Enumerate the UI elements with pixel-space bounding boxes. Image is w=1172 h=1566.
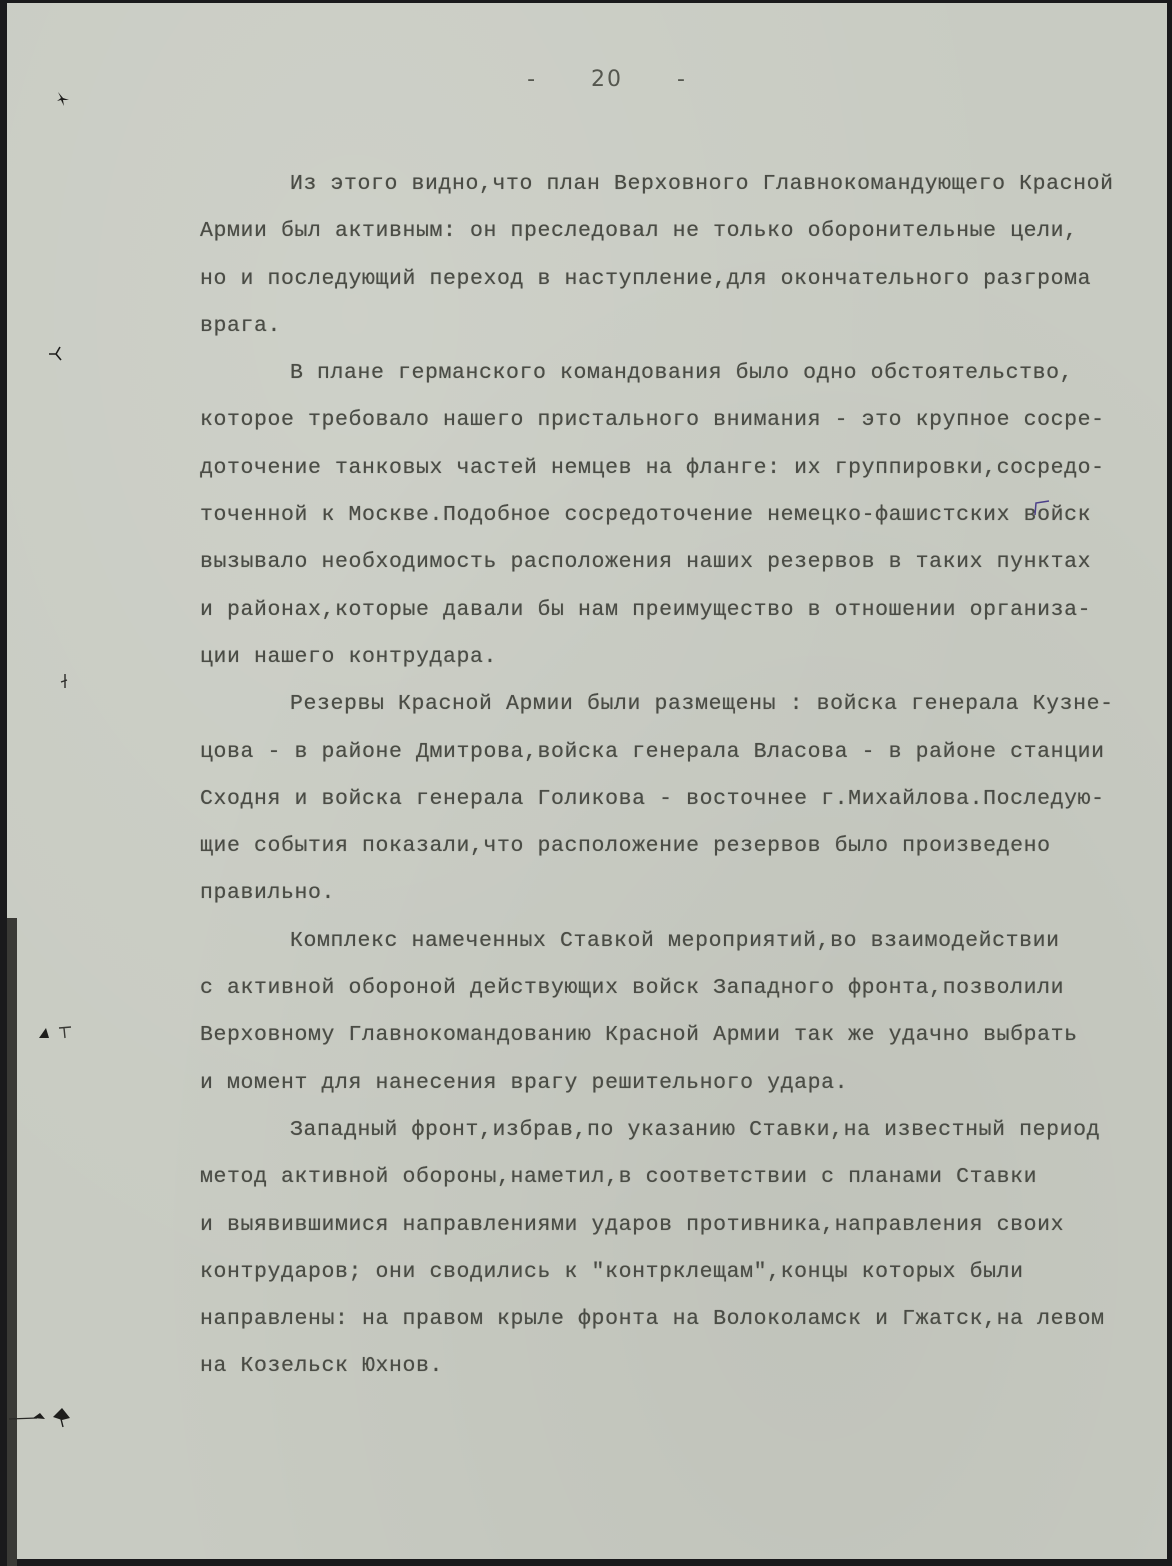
text-line: контрударов; они сводились к "контрклеща… — [200, 1249, 1172, 1296]
text-line: Комплекс намеченных Ставкой мероприятий,… — [200, 918, 1172, 965]
text-line: В плане германского командования было од… — [200, 350, 1172, 397]
text-line: направлены: на правом крыле фронта на Во… — [200, 1296, 1172, 1343]
handwritten-correction-mark — [1031, 500, 1051, 516]
text-line: Армии был активным: он преследовал не то… — [200, 208, 1172, 255]
text-line: правильно. — [200, 870, 1172, 917]
document-body: Из этого видно,что план Верховного Главн… — [200, 161, 1172, 1391]
page-number: - 20 - — [507, 67, 707, 92]
text-line: которое требовало нашего пристального вн… — [200, 397, 1172, 444]
text-line: Сходня и войска генерала Голикова - вост… — [200, 776, 1172, 823]
text-line: щие события показали,что расположение ре… — [200, 823, 1172, 870]
text-line: метод активной обороны,наметил,в соответ… — [200, 1154, 1172, 1201]
document-page: - 20 - Из этого видно,что план Верховног… — [7, 3, 1167, 1559]
text-line: и выявившимися направлениями ударов прот… — [200, 1202, 1172, 1249]
binding-edge — [7, 918, 17, 1566]
text-line: на Козельск Юхнов. — [200, 1343, 1172, 1390]
text-line: врага. — [200, 303, 1172, 350]
text-line: доточение танковых частей немцев на флан… — [200, 445, 1172, 492]
text-line: Резервы Красной Армии были размещены : в… — [200, 681, 1172, 728]
text-line: цова - в районе Дмитрова,войска генерала… — [200, 729, 1172, 776]
text-line: точенной к Москве.Подобное сосредоточени… — [200, 492, 1172, 539]
text-line: Из этого видно,что план Верховного Главн… — [200, 161, 1172, 208]
text-line: Западный фронт,избрав,по указанию Ставки… — [200, 1107, 1172, 1154]
text-line: но и последующий переход в наступление,д… — [200, 256, 1172, 303]
text-line: вызывало необходимость расположения наши… — [200, 539, 1172, 586]
text-line: и районах,которые давали бы нам преимуще… — [200, 587, 1172, 634]
punch-hole-mark — [55, 91, 69, 105]
text-line: с активной обороной действующих войск За… — [200, 965, 1172, 1012]
punch-hole-mark — [37, 1025, 51, 1039]
punch-hole-mark — [47, 346, 61, 360]
punch-hole-mark — [7, 1405, 21, 1419]
text-line: ции нашего контрудара. — [200, 634, 1172, 681]
punch-hole-mark — [59, 673, 73, 687]
text-line: Верховному Главнокомандованию Красной Ар… — [200, 1012, 1172, 1059]
text-line: и момент для нанесения врагу решительног… — [200, 1060, 1172, 1107]
